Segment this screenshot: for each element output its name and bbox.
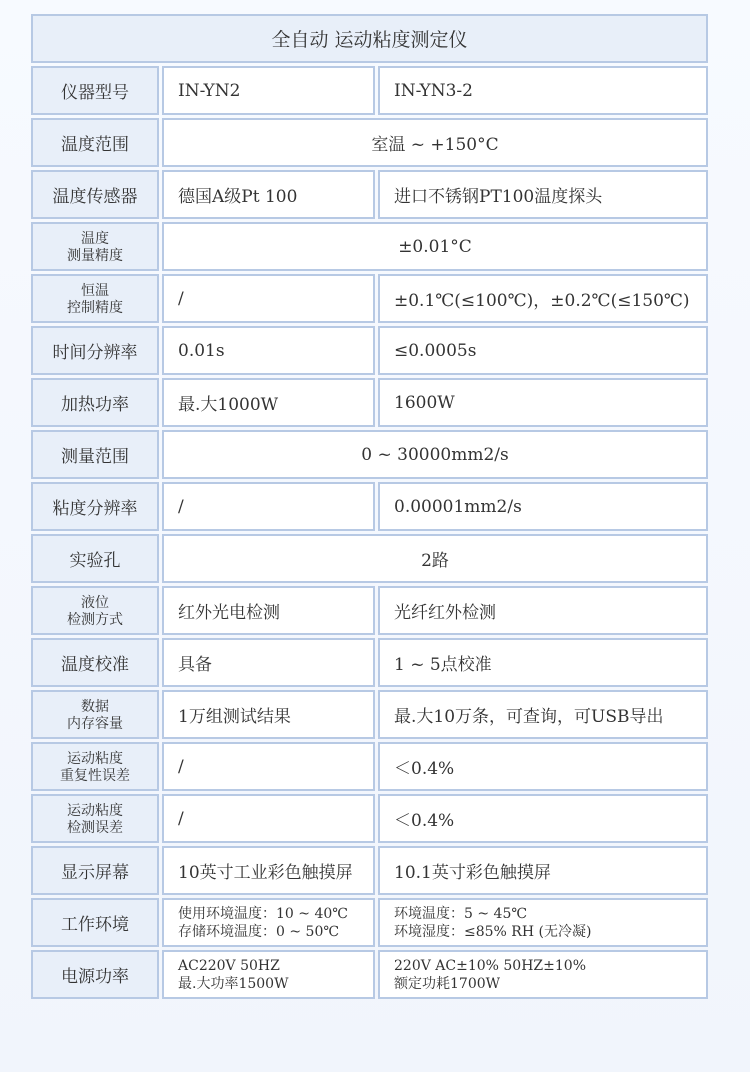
value-line: /: [178, 497, 373, 517]
label-line: 温度范围: [33, 130, 157, 155]
row-label: 时间分辨率: [31, 326, 159, 375]
value-line: 环境湿度：≤85% RH (无冷凝): [394, 923, 706, 941]
label-line: 时间分辨率: [33, 338, 157, 363]
value-cell-model-1: /: [162, 274, 375, 323]
value-line: 1 ~ 5点校准: [394, 650, 706, 675]
table-row: 工作环境使用环境温度：10 ~ 40℃存储环境温度：0 ~ 50℃环境温度：5 …: [31, 898, 708, 947]
value-cell-model-1: 具备: [162, 638, 375, 687]
value-line: 1600W: [394, 393, 706, 413]
value-line: /: [178, 809, 373, 829]
value-line: 2路: [164, 546, 706, 571]
table-title: 全自动 运动粘度测定仪: [31, 14, 708, 63]
row-label: 粘度分辨率: [31, 482, 159, 531]
row-label: 测量范围: [31, 430, 159, 479]
label-line: 粘度分辨率: [33, 494, 157, 519]
row-label: 加热功率: [31, 378, 159, 427]
value-cell-model-2: ＜0.4%: [378, 794, 708, 843]
table-row: 测量范围0 ~ 30000mm2/s: [31, 430, 708, 479]
value-line: 使用环境温度：10 ~ 40℃: [178, 905, 373, 923]
table-row: 电源功率AC220V 50HZ最.大功率1500W220V AC±10% 50H…: [31, 950, 708, 999]
table-row: 运动粘度重复性误差/＜0.4%: [31, 742, 708, 791]
value-cell-model-2: 最.大10万条，可查询，可USB导出: [378, 690, 708, 739]
table-row: 温度范围室温 ~ +150°C: [31, 118, 708, 167]
value-cell-merged: 室温 ~ +150°C: [162, 118, 708, 167]
value-cell-model-1: /: [162, 794, 375, 843]
value-cell-model-1: 红外光电检测: [162, 586, 375, 635]
title-row: 全自动 运动粘度测定仪: [31, 14, 708, 63]
label-line: 内存容量: [33, 716, 157, 733]
value-line: 0.00001mm2/s: [394, 497, 706, 517]
value-line: 最.大功率1500W: [178, 975, 373, 993]
row-label: 显示屏幕: [31, 846, 159, 895]
value-line: 室温 ~ +150°C: [164, 130, 706, 155]
row-label: 运动粘度重复性误差: [31, 742, 159, 791]
value-cell-model-2: 220V AC±10% 50HZ±10%额定功耗1700W: [378, 950, 708, 999]
value-cell-model-2: 进口不锈钢PT100温度探头: [378, 170, 708, 219]
value-cell-model-1: IN-YN2: [162, 66, 375, 115]
value-cell-model-1: AC220V 50HZ最.大功率1500W: [162, 950, 375, 999]
row-label: 温度测量精度: [31, 222, 159, 271]
label-line: 恒温: [33, 283, 157, 300]
table-row: 加热功率最.大1000W1600W: [31, 378, 708, 427]
value-line: 1万组测试结果: [178, 702, 373, 727]
table-row: 显示屏幕10英寸工业彩色触摸屏10.1英寸彩色触摸屏: [31, 846, 708, 895]
row-label: 数据内存容量: [31, 690, 159, 739]
value-line: 环境温度：5 ~ 45℃: [394, 905, 706, 923]
value-line: 光纤红外检测: [394, 598, 706, 623]
value-cell-merged: ±0.01°C: [162, 222, 708, 271]
value-line: 额定功耗1700W: [394, 975, 706, 993]
label-line: 仪器型号: [33, 78, 157, 103]
value-cell-model-1: 使用环境温度：10 ~ 40℃存储环境温度：0 ~ 50℃: [162, 898, 375, 947]
value-cell-merged: 0 ~ 30000mm2/s: [162, 430, 708, 479]
value-line: 德国A级Pt 100: [178, 182, 373, 207]
table-row: 数据内存容量1万组测试结果最.大10万条，可查询，可USB导出: [31, 690, 708, 739]
value-cell-model-2: ＜0.4%: [378, 742, 708, 791]
label-line: 实验孔: [33, 546, 157, 571]
value-line: 最.大1000W: [178, 390, 373, 415]
table-row: 温度校准具备1 ~ 5点校准: [31, 638, 708, 687]
value-cell-model-2: 光纤红外检测: [378, 586, 708, 635]
value-cell-model-1: 10英寸工业彩色触摸屏: [162, 846, 375, 895]
value-cell-model-2: 0.00001mm2/s: [378, 482, 708, 531]
value-line: /: [178, 289, 373, 309]
value-line: 进口不锈钢PT100温度探头: [394, 182, 706, 207]
label-line: 运动粘度: [33, 751, 157, 768]
table-row: 实验孔2路: [31, 534, 708, 583]
label-line: 重复性误差: [33, 768, 157, 785]
value-cell-model-2: ≤0.0005s: [378, 326, 708, 375]
value-cell-model-2: 10.1英寸彩色触摸屏: [378, 846, 708, 895]
value-line: IN-YN2: [178, 81, 373, 101]
value-cell-model-2: ±0.1℃(≤100℃)，±0.2℃(≤150℃): [378, 274, 708, 323]
row-label: 恒温控制精度: [31, 274, 159, 323]
value-cell-model-2: 1600W: [378, 378, 708, 427]
value-line: ≤0.0005s: [394, 341, 706, 361]
spec-table: 全自动 运动粘度测定仪 仪器型号IN-YN2IN-YN3-2温度范围室温 ~ +…: [31, 11, 708, 1002]
table-row: 时间分辨率0.01s≤0.0005s: [31, 326, 708, 375]
value-line: IN-YN3-2: [394, 81, 706, 101]
label-line: 温度校准: [33, 650, 157, 675]
value-cell-merged: 2路: [162, 534, 708, 583]
value-cell-model-2: 环境温度：5 ~ 45℃环境湿度：≤85% RH (无冷凝): [378, 898, 708, 947]
value-line: 红外光电检测: [178, 598, 373, 623]
value-line: 0 ~ 30000mm2/s: [164, 445, 706, 465]
label-line: 温度传感器: [33, 182, 157, 207]
value-cell-model-1: /: [162, 742, 375, 791]
label-line: 运动粘度: [33, 803, 157, 820]
table-row: 恒温控制精度/±0.1℃(≤100℃)，±0.2℃(≤150℃): [31, 274, 708, 323]
value-line: 10.1英寸彩色触摸屏: [394, 858, 706, 883]
value-line: ＜0.4%: [394, 806, 706, 831]
row-label: 温度校准: [31, 638, 159, 687]
table-row: 运动粘度检测误差/＜0.4%: [31, 794, 708, 843]
value-line: ＜0.4%: [394, 754, 706, 779]
label-line: 检测方式: [33, 612, 157, 629]
value-cell-model-1: 0.01s: [162, 326, 375, 375]
table-row: 粘度分辨率/0.00001mm2/s: [31, 482, 708, 531]
value-cell-model-1: 最.大1000W: [162, 378, 375, 427]
label-line: 检测误差: [33, 820, 157, 837]
row-label: 仪器型号: [31, 66, 159, 115]
value-line: AC220V 50HZ: [178, 957, 373, 975]
value-line: /: [178, 757, 373, 777]
label-line: 控制精度: [33, 300, 157, 317]
label-line: 数据: [33, 699, 157, 716]
row-label: 液位检测方式: [31, 586, 159, 635]
label-line: 测量精度: [33, 248, 157, 265]
table-row: 温度传感器德国A级Pt 100进口不锈钢PT100温度探头: [31, 170, 708, 219]
label-line: 显示屏幕: [33, 858, 157, 883]
row-label: 温度传感器: [31, 170, 159, 219]
row-label: 工作环境: [31, 898, 159, 947]
table-row: 仪器型号IN-YN2IN-YN3-2: [31, 66, 708, 115]
value-cell-model-1: /: [162, 482, 375, 531]
label-line: 加热功率: [33, 390, 157, 415]
value-cell-model-1: 德国A级Pt 100: [162, 170, 375, 219]
label-line: 工作环境: [33, 910, 157, 935]
value-cell-model-2: IN-YN3-2: [378, 66, 708, 115]
row-label: 运动粘度检测误差: [31, 794, 159, 843]
value-line: 0.01s: [178, 341, 373, 361]
value-line: ±0.1℃(≤100℃)，±0.2℃(≤150℃): [394, 286, 706, 311]
label-line: 电源功率: [33, 962, 157, 987]
row-label: 电源功率: [31, 950, 159, 999]
table-row: 温度测量精度±0.01°C: [31, 222, 708, 271]
value-line: 最.大10万条，可查询，可USB导出: [394, 702, 706, 727]
row-label: 温度范围: [31, 118, 159, 167]
label-line: 液位: [33, 595, 157, 612]
value-line: 具备: [178, 650, 373, 675]
row-label: 实验孔: [31, 534, 159, 583]
value-line: 220V AC±10% 50HZ±10%: [394, 957, 706, 975]
value-cell-model-1: 1万组测试结果: [162, 690, 375, 739]
value-cell-model-2: 1 ~ 5点校准: [378, 638, 708, 687]
label-line: 测量范围: [33, 442, 157, 467]
table-row: 液位检测方式红外光电检测光纤红外检测: [31, 586, 708, 635]
value-line: 10英寸工业彩色触摸屏: [178, 858, 373, 883]
label-line: 温度: [33, 231, 157, 248]
value-line: ±0.01°C: [164, 237, 706, 257]
value-line: 存储环境温度：0 ~ 50℃: [178, 923, 373, 941]
